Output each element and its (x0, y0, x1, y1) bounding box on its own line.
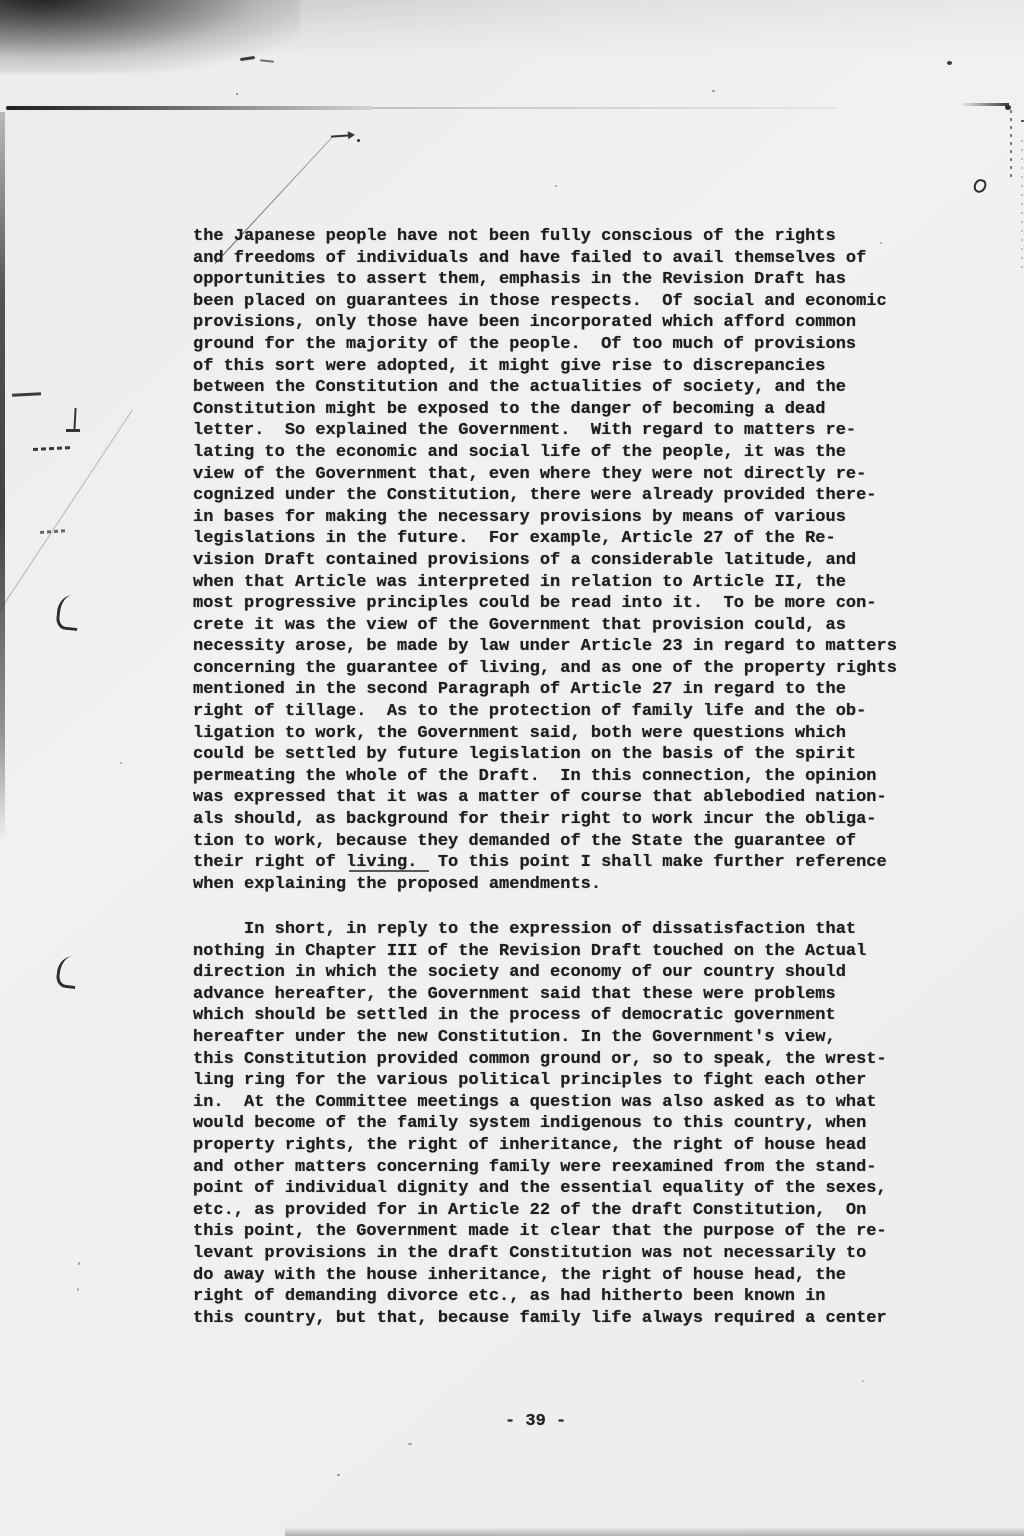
ink-speck (712, 90, 715, 92)
body-paragraph-1: the Japanese people have not been fully … (193, 226, 897, 895)
page-number: - 39 - (505, 1412, 566, 1431)
ink-speck (78, 1262, 80, 1265)
handwritten-arrow-mark (331, 128, 361, 144)
margin-tick-vertical (73, 408, 76, 431)
ink-speck (77, 1288, 79, 1291)
ruled-line-faint-extension (372, 107, 837, 109)
left-edge-scan-strip (0, 112, 5, 842)
faint-diagonal-scratch (0, 409, 133, 612)
ruled-line-right (963, 103, 1009, 106)
margin-dashed-stroke (33, 446, 73, 451)
ink-speck (555, 185, 557, 187)
arrow-head (348, 131, 356, 139)
dotted-vertical-line (1010, 110, 1012, 180)
ink-speck (408, 1443, 412, 1445)
scanned-document-page: the Japanese people have not been fully … (0, 0, 1024, 1536)
ruled-line-left (6, 106, 372, 110)
handwritten-paren-mark-1 (55, 594, 81, 631)
ink-speck (947, 61, 952, 65)
ink-speck (236, 93, 238, 95)
scan-noise-corner (0, 0, 300, 73)
margin-dash (12, 392, 41, 396)
margin-tick-foot (66, 429, 80, 432)
small-ring-mark (972, 177, 988, 194)
ink-speck (862, 1380, 864, 1382)
margin-dashed-stroke-2 (40, 529, 68, 533)
ink-speck (337, 1474, 340, 1476)
arrow-period-dot (357, 139, 360, 142)
ink-speck (120, 762, 122, 764)
bottom-edge-shade (285, 1527, 1024, 1536)
dotted-edge-line (1021, 140, 1023, 270)
handwritten-paren-mark-2 (55, 955, 79, 989)
body-paragraph-2: In short, in reply to the expression of … (193, 919, 887, 1329)
